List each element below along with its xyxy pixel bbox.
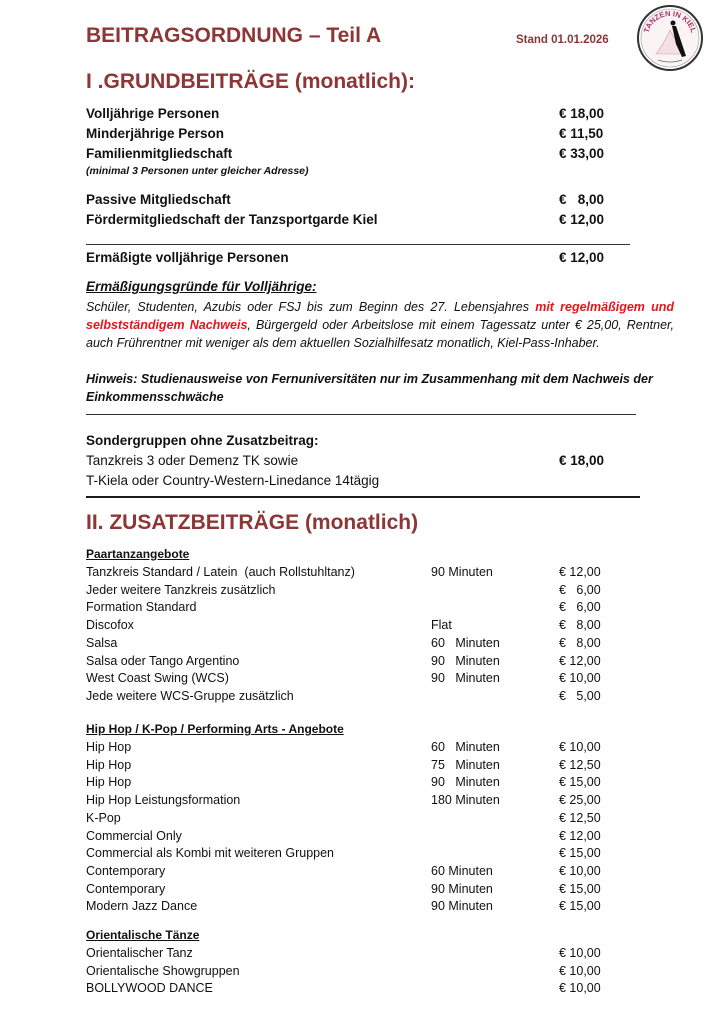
table-row: DiscofoxFlat€ 8,00 bbox=[86, 618, 626, 636]
fee-label: Minderjährige Person bbox=[86, 126, 224, 141]
reasons-text-part1: Schüler, Studenten, Azubis oder FSJ bis … bbox=[86, 300, 535, 314]
course-name: Hip Hop bbox=[86, 740, 131, 754]
course-price: € 15,00 bbox=[559, 899, 601, 913]
table-row: Jede weitere WCS-Gruppe zusätzlich€ 5,00 bbox=[86, 689, 626, 707]
table-row: Hip Hop60 Minuten€ 10,00 bbox=[86, 740, 626, 758]
section-heading-grundbeitraege: I .GRUNDBEITRÄGE (monatlich): bbox=[86, 70, 415, 94]
course-price: € 12,50 bbox=[559, 758, 601, 772]
course-duration: 75 Minuten bbox=[431, 758, 500, 772]
table-row: Hip Hop Leistungsformation180 Minuten€ 2… bbox=[86, 793, 626, 811]
course-price: € 12,00 bbox=[559, 565, 601, 579]
table-row: Hip Hop75 Minuten€ 12,50 bbox=[86, 758, 626, 776]
course-price: € 10,00 bbox=[559, 740, 601, 754]
course-name: Modern Jazz Dance bbox=[86, 899, 197, 913]
table-row: Salsa oder Tango Argentino90 Minuten€ 12… bbox=[86, 654, 626, 672]
course-price: € 10,00 bbox=[559, 946, 601, 960]
course-name: Salsa bbox=[86, 636, 117, 650]
course-duration: 90 Minuten bbox=[431, 882, 493, 896]
table-row: Modern Jazz Dance90 Minuten€ 15,00 bbox=[86, 899, 626, 917]
course-name: Jede weitere WCS-Gruppe zusätzlich bbox=[86, 689, 294, 703]
category-heading: Paartanzangebote bbox=[86, 547, 189, 561]
course-name: K-Pop bbox=[86, 811, 121, 825]
hint-text: Hinweis: Studienausweise von Fernunivers… bbox=[86, 370, 674, 406]
course-name: Contemporary bbox=[86, 864, 165, 878]
fee-label: Fördermitgliedschaft der Tanzsportgarde … bbox=[86, 212, 378, 227]
course-name: Orientalischer Tanz bbox=[86, 946, 193, 960]
divider bbox=[86, 244, 630, 245]
course-name: Orientalische Showgruppen bbox=[86, 964, 240, 978]
category-heading: Hip Hop / K-Pop / Performing Arts - Ange… bbox=[86, 722, 344, 736]
course-name: Commercial Only bbox=[86, 829, 182, 843]
course-duration: Flat bbox=[431, 618, 452, 632]
table-row: K-Pop€ 12,50 bbox=[86, 811, 626, 829]
course-price: € 15,00 bbox=[559, 882, 601, 896]
table-row: Jeder weitere Tanzkreis zusätzlich€ 6,00 bbox=[86, 583, 626, 601]
document-title: BEITRAGSORDNUNG – Teil A bbox=[86, 24, 381, 48]
course-duration: 90 Minuten bbox=[431, 565, 493, 579]
family-note: (minimal 3 Personen unter gleicher Adres… bbox=[86, 165, 309, 177]
course-duration: 60 Minuten bbox=[431, 864, 493, 878]
fee-label: Volljährige Personen bbox=[86, 106, 219, 121]
course-price: € 10,00 bbox=[559, 671, 601, 685]
course-name: Salsa oder Tango Argentino bbox=[86, 654, 239, 668]
course-price: € 12,50 bbox=[559, 811, 601, 825]
special-groups-price: € 18,00 bbox=[559, 453, 604, 468]
fee-price: € 12,00 bbox=[559, 212, 604, 227]
divider bbox=[86, 414, 636, 415]
table-row: Contemporary60 Minuten€ 10,00 bbox=[86, 864, 626, 882]
table-row: BOLLYWOOD DANCE€ 10,00 bbox=[86, 981, 626, 999]
table-row: Commercial als Kombi mit weiteren Gruppe… bbox=[86, 846, 626, 864]
reduction-reasons-heading: Ermäßigungsgründe für Volljährige: bbox=[86, 279, 317, 294]
course-price: € 8,00 bbox=[559, 618, 601, 632]
fee-label: Passive Mitgliedschaft bbox=[86, 192, 231, 207]
course-price: € 10,00 bbox=[559, 981, 601, 995]
course-duration: 60 Minuten bbox=[431, 636, 500, 650]
course-duration: 180 Minuten bbox=[431, 793, 500, 807]
special-groups-heading: Sondergruppen ohne Zusatzbeitrag: bbox=[86, 433, 319, 448]
course-price: € 8,00 bbox=[559, 636, 601, 650]
course-name: Hip Hop Leistungsformation bbox=[86, 793, 240, 807]
table-row: Hip Hop90 Minuten€ 15,00 bbox=[86, 775, 626, 793]
course-duration: 90 Minuten bbox=[431, 899, 493, 913]
divider bbox=[86, 496, 640, 498]
course-name: Formation Standard bbox=[86, 600, 196, 614]
fee-price: € 33,00 bbox=[559, 146, 604, 161]
course-duration: 90 Minuten bbox=[431, 775, 500, 789]
course-price: € 12,00 bbox=[559, 654, 601, 668]
course-name: Hip Hop bbox=[86, 758, 131, 772]
course-price: € 25,00 bbox=[559, 793, 601, 807]
dancer-logo-icon: TANZEN IN KIEL bbox=[636, 4, 704, 72]
section-heading-zusatzbeitraege: II. ZUSATZBEITRÄGE (monatlich) bbox=[86, 511, 418, 535]
course-duration: 90 Minuten bbox=[431, 671, 500, 685]
table-row: Orientalischer Tanz€ 10,00 bbox=[86, 946, 626, 964]
course-duration: 90 Minuten bbox=[431, 654, 500, 668]
special-groups-line: T-Kiela oder Country-Western-Linedance 1… bbox=[86, 473, 379, 488]
reduced-fee-label: Ermäßigte volljährige Personen bbox=[86, 250, 289, 265]
course-duration: 60 Minuten bbox=[431, 740, 500, 754]
course-price: € 5,00 bbox=[559, 689, 601, 703]
course-name: BOLLYWOOD DANCE bbox=[86, 981, 213, 995]
fee-price: € 18,00 bbox=[559, 106, 604, 121]
stand-date: Stand 01.01.2026 bbox=[516, 34, 609, 46]
course-price: € 15,00 bbox=[559, 775, 601, 789]
course-price: € 10,00 bbox=[559, 964, 601, 978]
table-row: Formation Standard€ 6,00 bbox=[86, 600, 626, 618]
club-logo: TANZEN IN KIEL bbox=[636, 4, 704, 72]
table-row: Contemporary90 Minuten€ 15,00 bbox=[86, 882, 626, 900]
fee-price: € 8,00 bbox=[559, 192, 604, 207]
course-price: € 15,00 bbox=[559, 846, 601, 860]
fee-label: Familienmitgliedschaft bbox=[86, 146, 232, 161]
reduction-reasons-text: Schüler, Studenten, Azubis oder FSJ bis … bbox=[86, 298, 674, 352]
table-row: Commercial Only€ 12,00 bbox=[86, 829, 626, 847]
course-name: Discofox bbox=[86, 618, 134, 632]
course-name: Tanzkreis Standard / Latein (auch Rollst… bbox=[86, 565, 355, 579]
course-price: € 6,00 bbox=[559, 600, 601, 614]
category-heading: Orientalische Tänze bbox=[86, 928, 199, 942]
table-row: Orientalische Showgruppen€ 10,00 bbox=[86, 964, 626, 982]
special-groups-line: Tanzkreis 3 oder Demenz TK sowie bbox=[86, 453, 298, 468]
course-price: € 12,00 bbox=[559, 829, 601, 843]
course-price: € 10,00 bbox=[559, 864, 601, 878]
fee-price: € 11,50 bbox=[559, 126, 603, 141]
reduced-fee-price: € 12,00 bbox=[559, 250, 604, 265]
course-price: € 6,00 bbox=[559, 583, 601, 597]
table-row: Salsa60 Minuten€ 8,00 bbox=[86, 636, 626, 654]
course-name: Hip Hop bbox=[86, 775, 131, 789]
course-name: Jeder weitere Tanzkreis zusätzlich bbox=[86, 583, 275, 597]
table-row: West Coast Swing (WCS)90 Minuten€ 10,00 bbox=[86, 671, 626, 689]
course-name: Commercial als Kombi mit weiteren Gruppe… bbox=[86, 846, 334, 860]
course-name: Contemporary bbox=[86, 882, 165, 896]
course-name: West Coast Swing (WCS) bbox=[86, 671, 229, 685]
table-row: Tanzkreis Standard / Latein (auch Rollst… bbox=[86, 565, 626, 583]
